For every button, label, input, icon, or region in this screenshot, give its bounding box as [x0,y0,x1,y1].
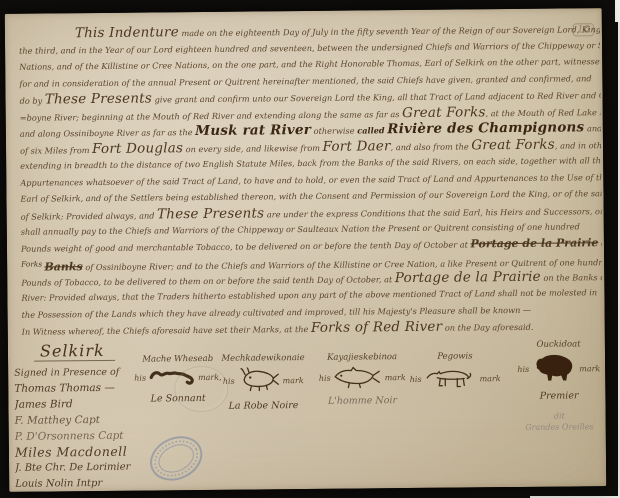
text-segment: on the Banks of Ossiniboyne [541,271,603,282]
witness-signature: Thomas Thomas — [14,380,146,397]
archive-stamp [142,427,213,494]
fish-pictograph [334,366,382,388]
text-segment: and along Ossiniboyne River as far as th… [20,127,195,139]
text-segment: on every side, and likewise from [183,142,323,153]
chief-mark-block: OuckidoathismarkPremierdit Grandes Oreil… [514,339,604,433]
text-segment: Forks [21,260,44,269]
text-segment: the Possession of the Lands which they h… [22,304,532,319]
witness-signature: Louis Nolin Intpr [15,476,147,493]
text-segment: otherwise [311,125,357,135]
text-segment: Musk rat River [195,122,311,139]
chief-name: Pegowis [437,351,472,361]
chief-name: Mechkadewikonaie [221,353,304,364]
text-segment: called [357,125,385,135]
text-segment: are under the express Conditions that th… [264,205,601,219]
witness-signature: James Bird [14,396,146,413]
chief-name: Mache Wheseab [142,354,213,365]
mark-word: mark [385,373,406,382]
text-segment: In Witness whereof, the Chiefs aforesaid… [22,324,311,337]
text-segment: of six Miles from [20,145,92,156]
chief-label: Premier [540,390,579,401]
text-segment: Fort Daer [323,138,391,155]
text-segment: Earl of Selkirk, and of the Settlers bei… [20,188,601,204]
text-segment: and extending to the distance [584,122,601,133]
text-segment: Portage de la Prairie [395,268,541,285]
text-segment: Rivière des Champignons [387,119,584,137]
text-segment: do by [20,95,45,105]
text-segment: River: Provided always, that the Traders… [21,287,597,303]
text-segment: shall annually pay to the Chiefs and War… [21,221,580,236]
text-segment: give grant and confirm unto our Sovereig… [152,90,601,105]
text-segment: These Presents [45,90,152,107]
mark-row: hismark [410,365,501,392]
text-segment: This Indenture [75,24,179,41]
text-segment: Appurtenances whatsoever of the said Tra… [20,171,601,187]
text-segment: These Presents [157,205,264,222]
mark-word: mark [283,376,304,385]
catfish-pictograph [238,367,280,393]
mark-row: hismark [319,366,406,389]
witness-signature: F. Matthey Capt [15,412,147,429]
text-segment: extending in breadth to the distance of … [20,155,601,171]
document-body: This Indenture made on the eighteenth Da… [19,20,603,339]
witness-signature: P. D'Orsonnens Capt [15,428,147,445]
mark-row: hismark [223,367,304,394]
text-segment: Forks of Red River [311,319,442,336]
his-word: his [319,373,331,382]
parchment-page: 10 This Indenture made on the eighteenth… [5,8,607,492]
chief-annotation: dit Grandes Oreilles [525,410,593,433]
marten-pictograph [424,365,476,391]
bear-pictograph [532,353,576,383]
text-segment: on The [598,237,602,247]
chief-mark-block: MechkadewikonaiehismarkLa Robe Noire [221,353,305,412]
chief-name: Ouckidoat [536,339,580,349]
text-segment: of Selkirk: Provided always, and [21,210,157,221]
text-segment: the third, and in the Year of our Lord e… [19,39,600,55]
mark-word: mark [480,374,501,383]
signature-area: Selkirk Signed in Presence of Thomas Tho… [8,336,606,492]
text-segment: for and in consideration of the annual P… [19,73,591,88]
photo-mat-corner [615,0,620,22]
chief-label: La Robe Noire [229,400,299,412]
text-segment: Banks [44,260,82,273]
selkirk-signature: Selkirk [34,341,115,362]
witness-column: Signed in Presence of Thomas Thomas —Jam… [14,367,147,493]
chief-mark-block: Pegowishismark [409,351,500,392]
mark-row: hismark [517,353,600,384]
witness-signature: J. Bte Chr. De Lorimier [15,460,147,477]
text-segment: , and also from the [391,141,472,152]
mark-word: mark [579,364,600,373]
text-segment: Fort Douglas [92,140,183,157]
text-segment: , at the Mouth of Red Lake River, [486,106,601,117]
his-word: his [134,373,146,382]
text-segment: Nations, and of the Killistine or Cree N… [19,56,600,72]
witness-heading: Signed in Presence of [14,367,146,379]
document-photo: 10 This Indenture made on the eighteenth… [0,0,620,498]
witness-signature: Miles Macdonell [15,444,147,461]
his-word: his [410,374,422,383]
his-word: his [517,364,529,373]
text-segment: Great Forks [402,104,486,121]
text-segment: =boyne River; beginning at the Mouth of … [20,109,402,123]
text-segment: , and in other parts [555,139,601,150]
chief-label: L'homme Noir [328,395,397,407]
text-segment: on the Day aforesaid. [442,322,533,333]
text-segment: Portage de la Prairie [470,236,598,250]
text-segment: Great Forks [471,136,555,153]
chief-mark-block: KayajieskebinoahismarkL'homme Noir [319,352,406,407]
text-segment: Pounds weight of good and merchantable T… [21,239,471,253]
chief-name: Kayajieskebinoa [327,352,397,363]
text-segment: made on the eighteenth Day of July in th… [179,24,600,38]
text-segment: Pounds of Tobacco, to be delivered to th… [21,274,395,288]
